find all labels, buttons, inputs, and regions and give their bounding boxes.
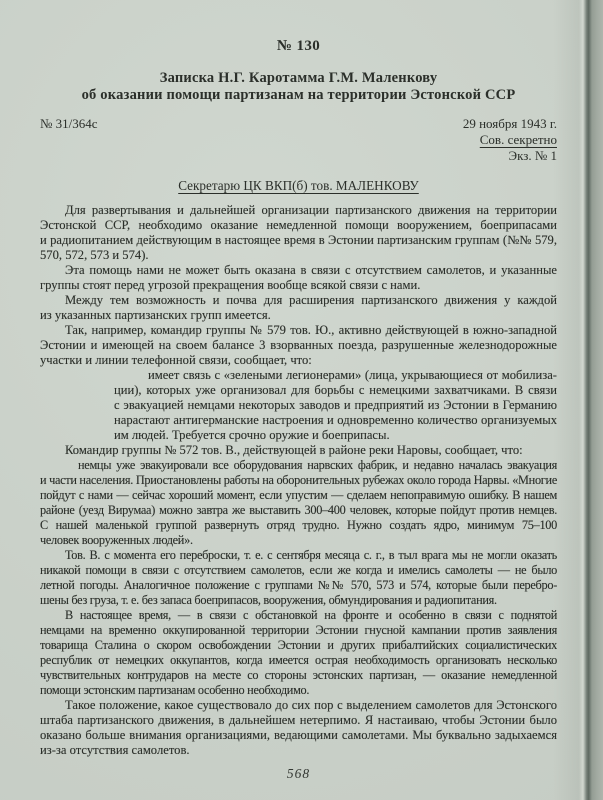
doc-title-line1: Записка Н.Г. Каротамма Г.М. Маленкову <box>40 70 557 87</box>
text-line: шены без груза, т. е. без запаса боеприп… <box>40 593 557 608</box>
text-line: Тов. В. с момента его переброски, т. е. … <box>40 548 557 563</box>
text-line: из указанных партизанских групп имеется. <box>40 308 557 323</box>
text-line: пойдут с нами — сейчас хороший момент, е… <box>40 488 557 503</box>
text-line: оказано больше внимания организациями, в… <box>40 728 557 743</box>
text-line: помощи эстонским партизанам особенно нео… <box>40 683 557 698</box>
text-line: нарастают антигерманские настроения и од… <box>114 413 557 428</box>
text-line: ции), которых уже организовал для борьбы… <box>114 383 557 398</box>
text-line: республик от немецких оккупантов, когда … <box>40 653 557 668</box>
text-line: Так, например, командир группы № 579 тов… <box>40 323 557 338</box>
text-line: никакой помощи в связи с отсутствием сам… <box>40 563 557 578</box>
text-line: им людей. Требуется срочно оружие и боеп… <box>114 428 557 443</box>
paragraph: Между тем возможность и почва для расшир… <box>40 293 557 323</box>
text-line: немцами на временно оккупированной терри… <box>40 623 557 638</box>
text-line: В настоящее время, — в связи с обстановк… <box>40 608 557 623</box>
text-line: С нашей маленькой группой развернуть отр… <box>40 518 557 533</box>
text-line: штаба партизанского движения, в дальнейш… <box>40 713 557 728</box>
text-line: Командир группы № 572 тов. В., действующ… <box>40 443 557 458</box>
doc-title: Записка Н.Г. Каротамма Г.М. Маленкову об… <box>40 70 557 104</box>
paragraph: Тов. В. с момента его переброски, т. е. … <box>40 548 557 608</box>
text-line: летной погоды. Аналогичное положение с г… <box>40 578 557 593</box>
salutation: Секретарю ЦК ВКП(б) тов. МАЛЕНКОВУ <box>40 178 557 194</box>
copy-number: Экз. № 1 <box>463 148 557 164</box>
salutation-text: Секретарю ЦК ВКП(б) тов. МАЛЕНКОВУ <box>178 178 419 193</box>
text-line: Эта помощь нами не может быть оказана в … <box>40 263 557 278</box>
text-line: товарища Сталина о скором освобождении Э… <box>40 638 557 653</box>
text-line: районе (уезд Вирумаа) можно завтра же вы… <box>40 503 557 518</box>
doc-number: № 130 <box>40 38 557 54</box>
document-content: № 130 Записка Н.Г. Каротамма Г.М. Маленк… <box>40 28 557 758</box>
text-line: из-за отсутствия самолетов. <box>40 743 557 758</box>
paragraph: Командир группы № 572 тов. В., действующ… <box>40 443 557 458</box>
secrecy-stamp: Сов. секретно <box>463 132 557 148</box>
text-line: с эвакуацией немцами некоторых заводов и… <box>114 398 557 413</box>
text-line: и радиопитанием действующим в настоящее … <box>40 233 557 248</box>
paragraph: Такое положение, какое существовало до с… <box>40 698 557 758</box>
text-line: чувствительных контрударов на месте со с… <box>40 668 557 683</box>
text-line: 570, 572, 573 и 574). <box>40 248 557 263</box>
document-page: № 130 Записка Н.Г. Каротамма Г.М. Маленк… <box>0 0 603 800</box>
page-edge-shadow <box>553 0 603 800</box>
text-line: Для развертывания и дальнейшей организац… <box>40 203 557 218</box>
doc-meta-block: 29 ноября 1943 г. Сов. секретно Экз. № 1 <box>463 116 557 164</box>
text-line: человек вооруженных людей». <box>40 533 557 548</box>
text-line: Эстонии и имеющей на своем балансе 3 взо… <box>40 338 557 353</box>
text-line: участки и линии телефонной связи, сообща… <box>40 353 557 368</box>
document-body: Для развертывания и дальнейшей организац… <box>40 203 557 758</box>
text-line: Между тем возможность и почва для расшир… <box>40 293 557 308</box>
text-line: имеет связь с «зелеными легионерами» (ли… <box>114 368 557 383</box>
paragraph: немцы уже эвакуировали все оборудования … <box>40 458 557 548</box>
paragraph: Для развертывания и дальнейшей организац… <box>40 203 557 263</box>
doc-ref-number: № 31/364с <box>40 116 98 132</box>
paragraph: имеет связь с «зелеными легионерами» (ли… <box>114 368 557 443</box>
text-line: группы стоят перед угрозой прекращения в… <box>40 278 557 293</box>
paragraph: В настоящее время, — в связи с обстановк… <box>40 608 557 698</box>
paragraph: Так, например, командир группы № 579 тов… <box>40 323 557 368</box>
page-number: 568 <box>40 766 557 782</box>
text-line: немцы уже эвакуировали все оборудования … <box>40 458 557 473</box>
text-line: Эстонской ССР, необходимо оказание немед… <box>40 218 557 233</box>
text-line: Такое положение, какое существовало до с… <box>40 698 557 713</box>
reference-row: № 31/364с 29 ноября 1943 г. Сов. секретн… <box>40 116 557 164</box>
paragraph: Эта помощь нами не может быть оказана в … <box>40 263 557 293</box>
text-line: и части населения. Приостановлены работы… <box>40 473 557 488</box>
doc-title-line2: об оказании помощи партизанам на террито… <box>40 87 557 104</box>
doc-date: 29 ноября 1943 г. <box>463 116 557 132</box>
